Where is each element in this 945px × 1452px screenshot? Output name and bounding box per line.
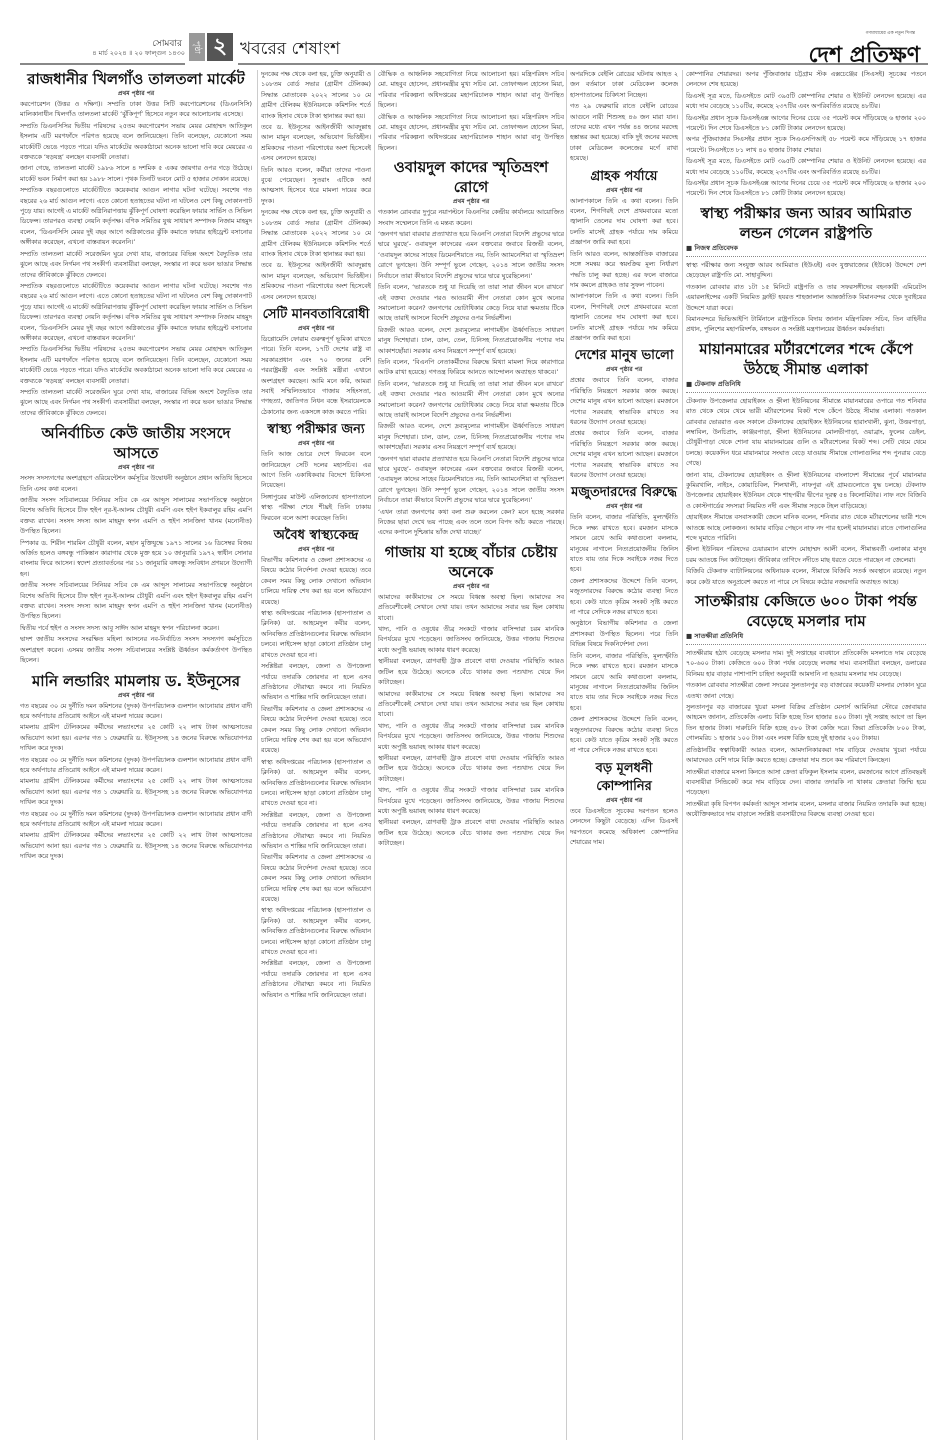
article-paragraph: আমাদের কাকীমাদের সে সময়ে বিধ্বস্ত অবস্থ… [378, 690, 564, 721]
article-paragraph: ‘জনগণ দ্বারা বারবার প্রত্যাখ্যাত হয়ে বি… [378, 230, 564, 282]
article-paragraph: অপর পুঁজিবাজার সিএসইর প্রধান সূচক সিএএসপ… [686, 135, 926, 156]
article-paragraph: স্পিকার ড. শিরীন শারমিন চৌধুরী বলেন, মহা… [20, 539, 252, 581]
article-paragraph: গত বছরের ৩০ মে দুর্নীতি দমন কমিশনের (দুদ… [20, 810, 252, 831]
headline: বড় মূলধনী কোম্পানির [570, 760, 678, 796]
article-khilgaon-market: রাজধানীর খিলগাঁও তালতলা মার্কেট প্রথম পৃ… [20, 69, 252, 419]
article-paragraph: জেলা প্রশাসকদের উদ্দেশে তিনি বলেন, মজুতদ… [570, 715, 678, 757]
headline: মায়ানমারের মর্টারশেলের শব্দে কেঁপে [686, 339, 926, 359]
column-1: রাজধানীর খিলগাঁও তালতলা মার্কেট প্রথম পৃ… [20, 66, 252, 1446]
continued-label: প্রথম পৃষ্ঠার পর [20, 463, 252, 472]
article-paragraph: সম্প্রতি ডিএনসিসির দ্বিতীয় পরিষদের ২৫তম… [20, 345, 252, 387]
article-paragraph: তিনি বলেন, বাজার পরিস্থিতি, মূল্যস্ফীতি … [570, 652, 678, 714]
article-seti: সেটি মানবতাবিরোধী প্রথম পৃষ্ঠার পর ডিপ্ল… [261, 306, 371, 418]
article-paragraph: স্থানীয়রা বলছেন, ত্রাণবাহী ট্রাক প্রবেশ… [378, 657, 564, 688]
continued-label: প্রথম পৃষ্ঠার পর [570, 796, 678, 805]
article-paragraph: বিভাগীয় কমিশনার ও জেলা প্রশাসকদের এ বিষ… [261, 705, 371, 757]
divider [686, 644, 926, 645]
article-paragraph: গত বছরের ৩০ মে দুর্নীতি দমন কমিশনের (দুদ… [20, 756, 252, 777]
article-paragraph: হ্নীলা ইউনিয়ন পরিষদের চেয়ারম্যান রাশেদ… [686, 545, 926, 566]
article-paragraph: ডিএসই সূত্র মতে, ডিএসইতে মোট ৩৯৫টি কোম্প… [686, 92, 926, 113]
headline-line-2: উঠছে সীমান্ত এলাকা [686, 359, 926, 379]
article-paragraph: তিনি বলেন, ‘ভারতকে শুধু যা দিয়েছি তা তা… [378, 380, 564, 422]
headline: অবৈধ স্বাস্থ্যকেন্দ্র [261, 527, 371, 545]
article-paragraph: করপোরেশন (উত্তর ও দক্ষিণ)। সম্প্রতি ঢাকা… [20, 100, 252, 121]
article-paragraph: প্রশ্নের জবাবে তিনি বলেন, বাজার পরিস্থিত… [570, 376, 678, 428]
continued-label: প্রথম পৃষ্ঠার পর [20, 89, 252, 98]
headline-line-2: বেড়েছে মসলার দাম [686, 611, 926, 631]
article-paragraph: ‘জনগণ দ্বারা বারবার প্রত্যাখ্যাত হয়ে বি… [378, 455, 564, 507]
article-paragraph: স্বাস্থ্য অধিদপ্তরের পরিচালক (হাসপাতাল ও… [261, 609, 371, 661]
continued-label: প্রথম পৃষ্ঠার পর [261, 439, 371, 448]
headline: স্বাস্থ্য পরীক্ষার জন্য আরব আমিরাত [686, 203, 926, 223]
article-paragraph: দ্বিতীয় পর্বে হুইপ ও সংসদ সদস্য আবু সাঈ… [20, 624, 252, 634]
headline: সেটি মানবতাবিরোধী [261, 306, 371, 324]
article-paragraph: সাতক্ষীরা কৃষি বিপণন কর্মকর্তা আব্দুস সা… [686, 800, 926, 821]
article-paragraph: সংসদ সদস্যগণের অংশগ্রহণে ওরিয়েন্টেশন কর… [20, 474, 252, 495]
continued-label: প্রথম পৃষ্ঠার পর [570, 186, 678, 195]
article-paragraph: ডিপ্লোমেসি ফোরাম গুরুত্বপূর্ণ ভূমিকা রাখ… [261, 335, 371, 418]
article-paragraph: আলাপকালে তিনি এ কথা বলেন। তিনি বলেন, শিগ… [570, 292, 678, 344]
article-paragraph: জাতীয় সংসদ সচিবালয়ের সিনিয়র সচিব কে এ… [20, 581, 252, 623]
column-4: অপরদিকে বেইলি রোডের ঘটনায় আহত ২ জন বর্ত… [570, 70, 678, 1446]
article-illegal-clinic: অবৈধ স্বাস্থ্যকেন্দ্র প্রথম পৃষ্ঠার পর ব… [261, 527, 371, 1001]
article-paragraph: সম্প্রতিক বছরগুলোতে মার্কেটটিতে কয়েকবার… [20, 282, 252, 344]
article-people-well: দেশের মানুষ ভালো প্রথম পৃষ্ঠার পর প্রশ্ন… [570, 347, 678, 481]
article-health-check: স্বাস্থ্য পরীক্ষার জন্য প্রথম পৃষ্ঠার পর… [261, 421, 371, 524]
continued-label: প্রথম পৃষ্ঠার পর [261, 324, 371, 333]
article-paragraph: খাদ্য, পানি ও ওষুধের তীব্র সংকটে গাজার ব… [378, 722, 564, 753]
article-paragraph: রিজভী আরও বলেন, দেশে দ্রব্যমূল্যের লাগাম… [378, 422, 564, 453]
article-paragraph: বৌদ্ধিক ও আঞ্চলিক সহযোগিতা নিয়ে আলোচনা … [378, 113, 564, 155]
masthead-rule-left [20, 63, 185, 65]
article-paragraph: বিভাগীয় কমিশনার ও জেলা প্রশাসকদের এ বিষ… [261, 556, 371, 608]
article-paragraph: তবে ড. ইউনূসের আইনজীবী আবদুল্লাহ আল মামু… [261, 123, 371, 165]
article-myanmar-border: মায়ানমারের মর্টারশেলের শব্দে কেঁপে উঠছে… [686, 339, 926, 588]
masthead: সোমবার ৪ মার্চ ২০২৪ ॥ ২০ ফাল্গুন ১৪৩০ পৃ… [0, 0, 945, 62]
article-paragraph: ‘এখন তারা জনগণের কথা বলা শুরু করলেন কেন?… [378, 508, 564, 539]
article-paragraph: প্রতিষ্ঠানটির স্বত্বাধিকারী আরও বলেন, আম… [686, 746, 926, 767]
article-paragraph: মামলায় গ্রামীণ টেলিকমের কর্মীদের লভ্যাং… [20, 723, 252, 754]
article-paragraph: জানা যায়, টেকনাফের হোয়াইক্যং ও হ্নীলা … [686, 471, 926, 513]
article-paragraph: জানা গেছে, তালতলা মার্কেট ১৯৮৬ সালে ৪ দশ… [20, 164, 252, 185]
article-president-london: স্বাস্থ্য পরীক্ষার জন্য আরব আমিরাত লন্ডন… [686, 203, 926, 336]
article-paragraph: স্বাস্থ্য অধিদপ্তরের পরিচালক (হাসপাতাল ও… [261, 906, 371, 958]
headline: মানি লন্ডারিং মামলায় ড. ইউনূসের [20, 671, 252, 691]
article-paragraph: আলাপকালে তিনি এ কথা বলেন। তিনি বলেন, শিগ… [570, 197, 678, 249]
article-yunus: মানি লন্ডারিং মামলায় ড. ইউনূসের প্রথম প… [20, 671, 252, 863]
article-paragraph: আমাদের কাকীমাদের সে সময়ে বিধ্বস্ত অবস্থ… [378, 593, 564, 624]
article-consumer-level: গ্রাহক পর্যায়ে প্রথম পৃষ্ঠার পর আলাপকাল… [570, 168, 678, 345]
article-paragraph: তিনি বলেন, ‘বিএনপি নেতাকর্মীদের বিরুদ্ধে… [378, 358, 564, 379]
logo-tagline: গণমাধ্যমের এক নতুন দিগন্ত [770, 30, 915, 37]
masthead-rule-right [238, 63, 928, 65]
article-paragraph: খাদ্য, পানি ও ওষুধের তীব্র সংকটে গাজার ব… [378, 786, 564, 817]
column-2: দুনকের পক্ষ থেকে বলা হয়, চুক্তি অনুযায়… [261, 70, 371, 1446]
article-paragraph: বিভাগীয় কমিশনার ও জেলা প্রশাসকদের এ বিষ… [261, 853, 371, 905]
article-paragraph: স্থানীয়রা বলছেন, ত্রাণবাহী ট্রাক প্রবেশ… [378, 818, 564, 849]
article-paragraph: তিনি বলেন, বাজার পরিস্থিতি, মূল্যস্ফীতি … [570, 513, 678, 575]
headline: রাজধানীর খিলগাঁও তালতলা মার্কেট [20, 69, 252, 89]
article-paragraph: সুলতানপুর বড় বাজারের খুচরা মসলা বিক্রির… [686, 703, 926, 745]
column-5: কোম্পানির শেয়ারদর। অপর পুঁজিবাজার চট্টগ… [686, 70, 926, 1446]
article-paragraph: স্বাস্থ্য পরীক্ষার জন্য সংযুক্ত আরব আমির… [686, 261, 926, 282]
continued-label: প্রথম পৃষ্ঠার পর [570, 502, 678, 511]
article-paragraph: দুনকের পক্ষ থেকে বলা হয়, চুক্তি অনুযায়… [261, 208, 371, 260]
article-paragraph: সম্প্রতি তালতলা মার্কেট সরেজমিন ঘুরে দেখ… [20, 250, 252, 281]
headline: দেশের মানুষ ভালো [570, 347, 678, 365]
page-number: ২ [207, 33, 233, 61]
divider [686, 392, 926, 393]
article-obaidul-quader: ওবায়দুল কাদের স্মৃতিভ্রংশ রোগে প্রথম পৃ… [378, 157, 564, 539]
headline: গ্রাহক পর্যায়ে [570, 168, 678, 186]
article-paragraph: তবে ড. ইউনূসের আইনজীবী আবদুল্লাহ আল মামু… [261, 261, 371, 303]
continued-label: প্রথম পৃষ্ঠার পর [20, 691, 252, 700]
article-paragraph: তিনি আজ ভোরে দেশে ফিরবেন বলে জানিয়েছেন … [261, 450, 371, 492]
article-paragraph: সম্প্রতিক বছরগুলোতে মার্কেটটিতে কয়েকবার… [20, 186, 252, 248]
page-label: পৃষ্ঠা [189, 33, 205, 61]
article-paragraph: দ্বাদশ জাতীয় সংসদের সংরক্ষিত মহিলা আসনে… [20, 635, 252, 666]
article-paragraph: ডিএসই সূত্র মতে, ডিএসইতে মোট ৩৯৫টি কোম্প… [686, 157, 926, 178]
article-paragraph: রিজভী আরও বলেন, দেশে দ্রব্যমূল্যের লাগাম… [378, 326, 564, 357]
article-paragraph: সিঙ্গাপুরের মাউন্ট এলিজাবেথ হাসপাতালে স্… [261, 493, 371, 524]
article-paragraph: সাতক্ষীরায় হঠাৎ বেড়েছে মসলার দাম। দুই … [686, 649, 926, 680]
article-paragraph: দুনকের পক্ষ থেকে বলা হয়, চুক্তি অনুযায়… [261, 70, 371, 122]
article-paragraph: বিমানবন্দরে ভিভিআইপি টার্মিনালে রাষ্ট্রপ… [686, 315, 926, 336]
headline-line-2: লন্ডন গেলেন রাষ্ট্রপতি [686, 223, 926, 243]
article-paragraph: মামলায় গ্রামীণ টেলিকমের কর্মীদের লভ্যাং… [20, 831, 252, 862]
column-divider [566, 70, 567, 1440]
headline: ওবায়দুল কাদের স্মৃতিভ্রংশ রোগে [378, 157, 564, 197]
masthead-date: ৪ মার্চ ২০২৪ ॥ ২০ ফাল্গুন ১৪৩০ [40, 48, 185, 59]
article-paragraph: জেলা প্রশাসকদের উদ্দেশে তিনি বলেন, মজুতদ… [570, 577, 678, 619]
article-paragraph: ডিএসইর প্রধান সূচক ডিএসইএক্স আগের দিনের … [686, 179, 926, 200]
article-paragraph: জাতীয় সংসদ সচিবালয়ের সিনিয়র সচিব কে এ… [20, 496, 252, 538]
article-paragraph: কোম্পানির শেয়ারদর। অপর পুঁজিবাজার চট্টগ… [686, 70, 926, 91]
article-paragraph: প্রশ্নের জবাবে তিনি বলেন, বাজার পরিস্থিত… [570, 429, 678, 481]
article-gaza: গাজায় যা হচ্ছে বাঁচার চেষ্টায় অনেকে প্… [378, 542, 564, 850]
article-paragraph: খাদ্য, পানি ও ওষুধের তীব্র সংকটে গাজার ব… [378, 625, 564, 656]
article-paragraph: টেকনাফ উপজেলার হোয়াইক্যং ও হ্নীলা ইউনিয… [686, 397, 926, 470]
article-paragraph: তিনি বলেন, ‘ভারতকে শুধু যা দিয়েছি তা তা… [378, 283, 564, 325]
article-paragraph: স্থানীয়রা বলছেন, ত্রাণবাহী ট্রাক প্রবেশ… [378, 754, 564, 785]
article-spice-price: সাতক্ষীরায় কেজিতে ৬০০ টাকা পর্যন্ত বেড়… [686, 591, 926, 821]
continued-label: প্রথম পৃষ্ঠার পর [378, 582, 564, 591]
article-large-cap: বড় মূলধনী কোম্পানির প্রথম পৃষ্ঠার পর তব… [570, 760, 678, 849]
headline: মজুতদারদের বিরুদ্ধে [570, 484, 678, 502]
continued-label: প্রথম পৃষ্ঠার পর [261, 545, 371, 554]
article-paragraph: গতকাল রোববার রাত ১টা ১৫ মিনিটে রাষ্ট্রপত… [686, 283, 926, 314]
article-paragraph: তিনি আরও বলেন, আন্তর্জাতিক বাজারের সঙ্গে… [570, 250, 678, 292]
section-title: খবরের শেষাংশ [240, 36, 340, 64]
article-paragraph: বৌদ্ধিক ও আঞ্চলিক সহযোগিতা নিয়ে আলোচনা … [378, 70, 564, 112]
article-paragraph: সংশ্লিষ্টরা বলছেন, জেলা ও উপজেলা পর্যায়… [261, 811, 371, 853]
article-paragraph: অনুষ্ঠানে বিভাগীয় কমিশনার ও জেলা প্রশাস… [570, 619, 678, 650]
article-paragraph: গত ২৯ ফেব্রুয়ারি রাতে বেইলি রোডের আগুনে… [570, 102, 678, 164]
headline: অনির্বাচিত কেউ জাতীয় সংসদে আসতে [20, 423, 252, 463]
column-divider [374, 70, 375, 1440]
article-paragraph: তিনি আরও বলেন, কর্মীরা তাদের পাওনা বুঝে … [261, 166, 371, 208]
column-divider [257, 70, 258, 1440]
column-divider [682, 70, 683, 1440]
byline: ■ সাতক্ষীরা প্রতিনিধি [686, 631, 926, 641]
continued-label: প্রথম পৃষ্ঠার পর [570, 365, 678, 374]
byline: ■ নিজস্ব প্রতিবেদক [686, 243, 926, 253]
article-paragraph: বিজিবি টেকনাফ ব্যাটালিয়নের অধিনায়ক বলে… [686, 567, 926, 588]
article-paragraph: ডিএসইর প্রধান সূচক ডিএসইএক্স আগের দিনের … [686, 114, 926, 135]
column-3: বৌদ্ধিক ও আঞ্চলিক সহযোগিতা নিয়ে আলোচনা … [378, 70, 564, 1446]
article-paragraph: সম্প্রতি তালতলা মার্কেট সরেজমিন ঘুরে দেখ… [20, 388, 252, 419]
headline: স্বাস্থ্য পরীক্ষার জন্য [261, 421, 371, 439]
article-parliament: অনির্বাচিত কেউ জাতীয় সংসদে আসতে প্রথম প… [20, 423, 252, 666]
article-paragraph: গত বছরের ৩০ মে দুর্নীতি দমন কমিশনের (দুদ… [20, 702, 252, 723]
divider [686, 256, 926, 257]
continued-label: প্রথম পৃষ্ঠার পর [378, 197, 564, 206]
article-paragraph: সম্প্রতি ডিএনসিসির দ্বিতীয় পরিষদের ২৫তম… [20, 122, 252, 164]
article-paragraph: মামলায় গ্রামীণ টেলিকমের কর্মীদের লভ্যাং… [20, 777, 252, 808]
article-paragraph: গতকাল রোববার সাতক্ষীরা জেলা সদরের সুলতান… [686, 681, 926, 702]
article-paragraph: স্বাস্থ্য অধিদপ্তরের পরিচালক (হাসপাতাল ও… [261, 758, 371, 810]
article-paragraph: সংশ্লিষ্টরা বলছেন, জেলা ও উপজেলা পর্যায়… [261, 662, 371, 704]
article-hoarders: মজুতদারদের বিরুদ্ধে প্রথম পৃষ্ঠার পর তিন… [570, 484, 678, 756]
article-paragraph: সাতক্ষীরা বাজারে মসলা কিনতে আসা ক্রেতা র… [686, 768, 926, 799]
headline: গাজায় যা হচ্ছে বাঁচার চেষ্টায় অনেকে [378, 542, 564, 582]
article-paragraph: অপরদিকে বেইলি রোডের ঘটনায় আহত ২ জন বর্ত… [570, 70, 678, 101]
headline: সাতক্ষীরায় কেজিতে ৬০০ টাকা পর্যন্ত [686, 591, 926, 611]
article-paragraph: তবে ডিএসইতে সূচকের দরপতন হলেও লেনদেন কিছ… [570, 807, 678, 849]
article-paragraph: হোয়াইক্যং সীমান্তে বসবাসকারী জেলে মানিক… [686, 513, 926, 544]
article-paragraph: সংশ্লিষ্টরা বলছেন, জেলা ও উপজেলা পর্যায়… [261, 959, 371, 1001]
byline: ■ টেকনাফ প্রতিনিধি [686, 379, 926, 389]
article-paragraph: গতকাল রোববার দুপুরে নয়াপল্টনে বিএনপির ক… [378, 208, 564, 229]
